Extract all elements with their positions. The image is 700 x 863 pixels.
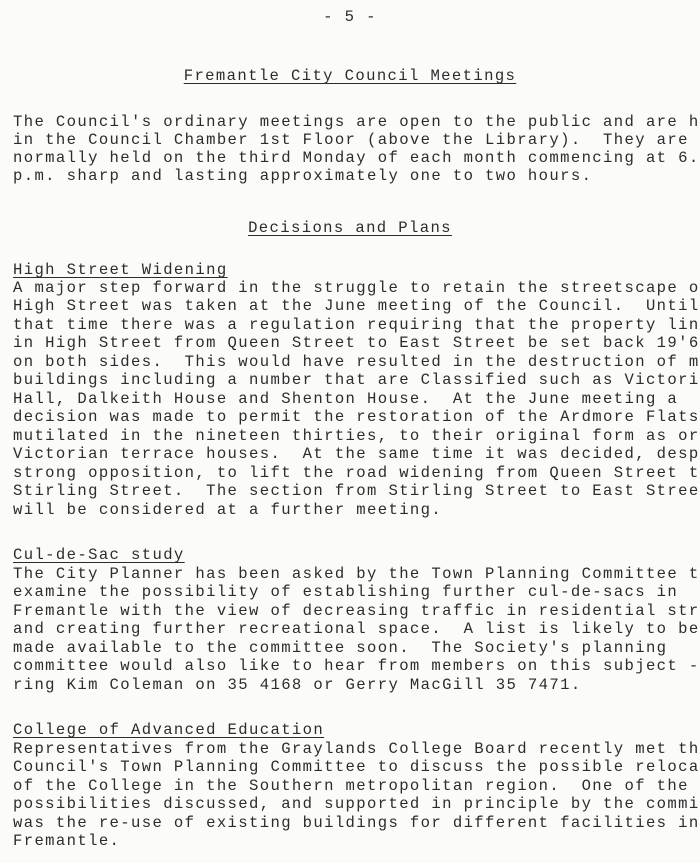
page-number: - 5 - <box>0 8 700 26</box>
document-page: - 5 - Fremantle City Council Meetings Th… <box>0 0 700 863</box>
paragraph-line: A major step forward in the struggle to … <box>13 279 700 297</box>
paragraph-line: Victorian terrace houses. At the same ti… <box>13 445 700 463</box>
paragraph-line: was the re-use of existing buildings for… <box>13 814 700 832</box>
paragraph-line: and creating further recreational space.… <box>13 620 700 638</box>
paragraph-line: The City Planner has been asked by the T… <box>13 565 700 583</box>
paragraph-line: will be considered at a further meeting. <box>13 501 442 519</box>
paragraph-line: normally held on the third Monday of eac… <box>13 149 700 167</box>
section-title-decisions-and-plans: Decisions and Plans <box>0 219 700 237</box>
paragraph-line: Council's Town Planning Committee to dis… <box>13 758 700 776</box>
section-title-council-meetings: Fremantle City Council Meetings <box>0 67 700 85</box>
paragraph-line: High Street was taken at the June meetin… <box>13 297 700 315</box>
paragraph-line: ring Kim Coleman on 35 4168 or Gerry Mac… <box>13 676 582 694</box>
paragraph-line: Hall, Dalkeith House and Shenton House. … <box>13 390 678 408</box>
paragraph-line: committee would also like to hear from m… <box>13 657 700 675</box>
paragraph-line: examine the possibility of establishing … <box>13 583 678 601</box>
paragraph-line: in High Street from Queen Street to East… <box>13 334 700 352</box>
paragraph-line: Representatives from the Graylands Colle… <box>13 740 700 758</box>
paragraph-line: buildings including a number that are Cl… <box>13 371 700 389</box>
paragraph-line: Stirling Street. The section from Stirli… <box>13 482 700 500</box>
paragraph-line: The Council's ordinary meetings are open… <box>13 113 700 131</box>
paragraph-line: decision was made to permit the restorat… <box>13 408 700 426</box>
paragraph-line: in the Council Chamber 1st Floor (above … <box>13 131 689 149</box>
paragraph-line: Fremantle. <box>13 832 120 850</box>
paragraph-line: strong opposition, to lift the road wide… <box>13 464 700 482</box>
article-heading-college-of-advanced-education: College of Advanced Education <box>13 721 324 739</box>
article-heading-cul-de-sac-study: Cul-de-Sac study <box>13 546 185 564</box>
paragraph-line: mutilated in the nineteen thirties, to t… <box>13 427 700 445</box>
paragraph-line: of the College in the Southern metropoli… <box>13 777 689 795</box>
article-heading-high-street-widening: High Street Widening <box>13 261 228 279</box>
paragraph-line: on both sides. This would have resulted … <box>13 353 700 371</box>
paragraph-line: made available to the committee soon. Th… <box>13 639 667 657</box>
paragraph-line: p.m. sharp and lasting approximately one… <box>13 167 592 185</box>
paragraph-line: Fremantle with the view of decreasing tr… <box>13 602 700 620</box>
paragraph-line: possibilities discussed, and supported i… <box>13 795 700 813</box>
paragraph-line: that time there was a regulation requiri… <box>13 316 700 334</box>
